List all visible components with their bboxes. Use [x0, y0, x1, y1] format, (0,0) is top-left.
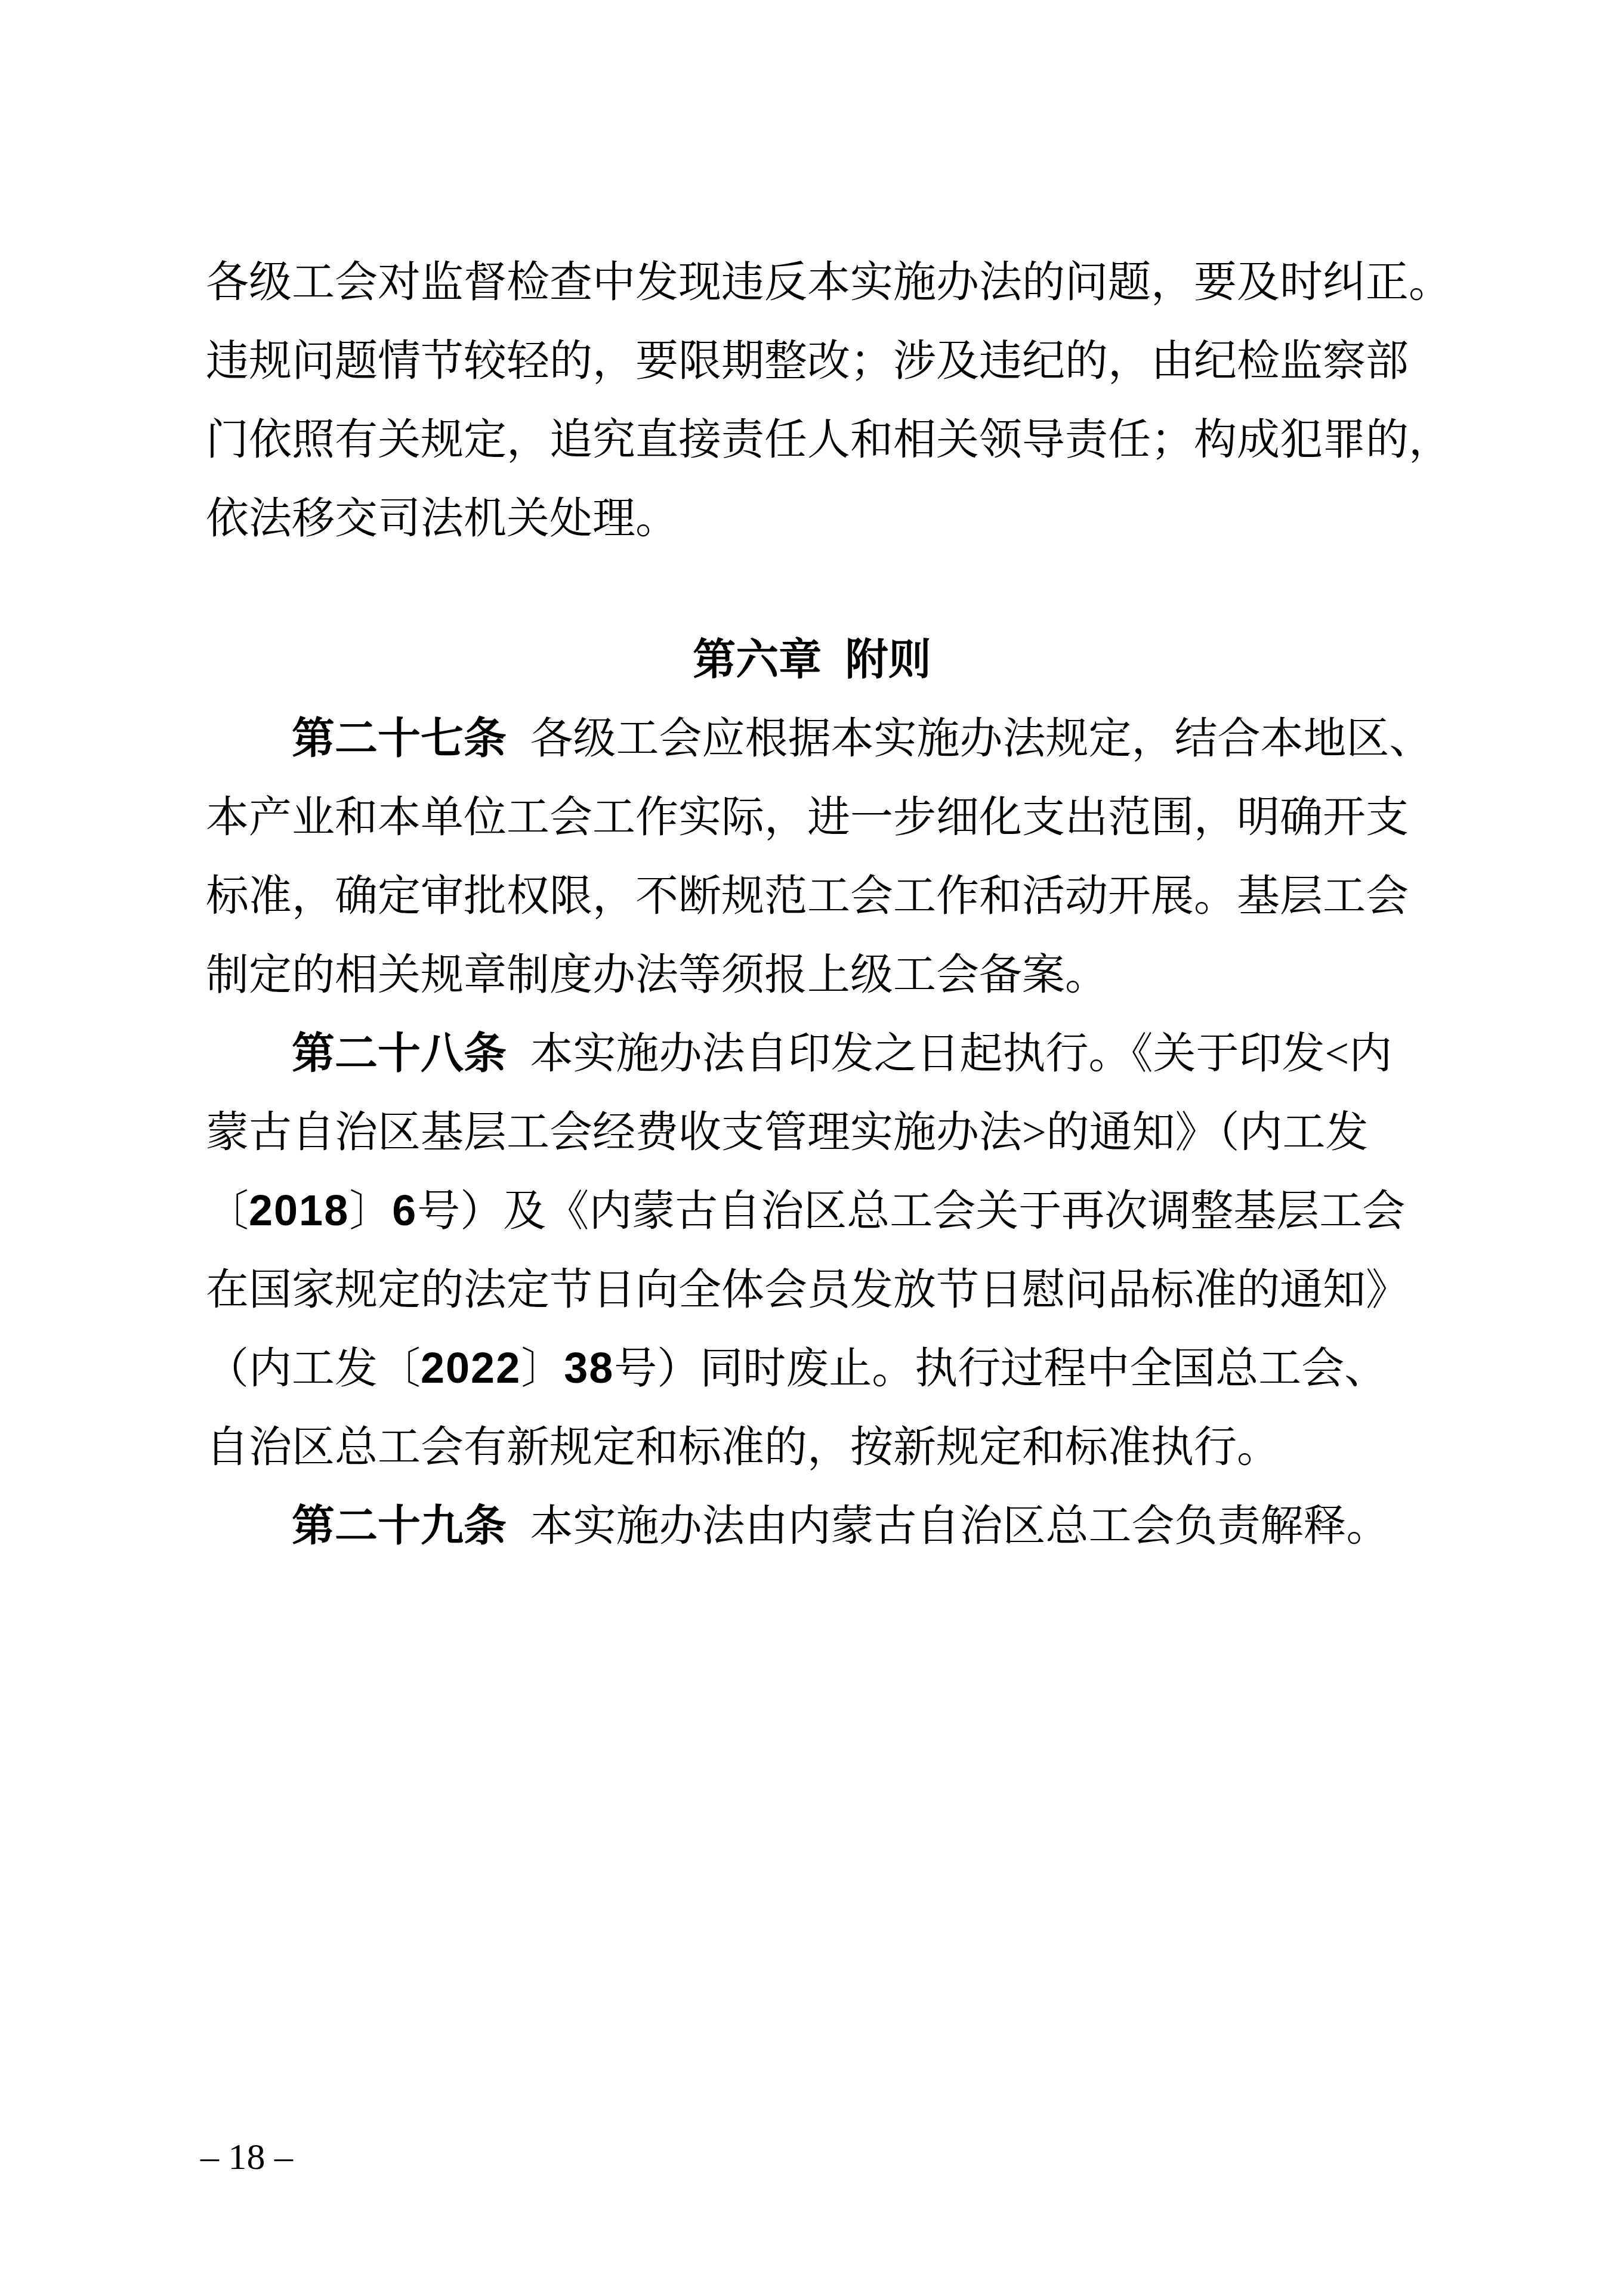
text-run: 附则: [845, 636, 931, 684]
text-run: 本实施办法自印发之日起执行。《关于印发<内: [530, 1030, 1393, 1077]
document-issue-number: 38: [564, 1345, 614, 1392]
text-run: 〔: [206, 1187, 249, 1235]
paragraph-continuation: 各级工会对监督检查中发现违反本实施办法的问题，要及时纠正。违规问题情节较轻的，要…: [206, 243, 1418, 558]
text-line: 各级工会对监督检查中发现违反本实施办法的问题，要及时纠正。: [206, 243, 1418, 322]
text-run: 号）同时废止。执行过程中全国总工会、: [614, 1345, 1387, 1392]
text-line: 第六章附则: [206, 620, 1418, 699]
article-29: 第二十九条本实施办法由内蒙古自治区总工会负责解释。: [206, 1487, 1418, 1565]
article-number: 第二十九条: [292, 1502, 507, 1550]
text-run: 违规问题情节较轻的，要限期整改；涉及违纪的，由纪检监察部: [206, 337, 1409, 385]
article-28: 第二十八条本实施办法自印发之日起执行。《关于印发<内蒙古自治区基层工会经费收支管…: [206, 1014, 1418, 1487]
text-line: （内工发〔2022〕38号）同时废止。执行过程中全国总工会、: [206, 1329, 1418, 1408]
text-block: 各级工会对监督检查中发现违反本实施办法的问题，要及时纠正。违规问题情节较轻的，要…: [206, 243, 1418, 1565]
text-line: 在国家规定的法定节日向全体会员发放节日慰问品标准的通知》: [206, 1250, 1418, 1329]
text-run: 本实施办法由内蒙古自治区总工会负责解释。: [530, 1502, 1390, 1550]
chapter-heading: 第六章附则: [206, 620, 1418, 699]
text-run: 在国家规定的法定节日向全体会员发放节日慰问品标准的通知》: [206, 1266, 1409, 1314]
document-issue-number: 6: [392, 1187, 417, 1235]
text-run: 〕: [521, 1345, 564, 1392]
text-line: 自治区总工会有新规定和标准的，按新规定和标准执行。: [206, 1408, 1418, 1487]
text-run: 号）及《内蒙古自治区总工会关于再次调整基层工会: [417, 1187, 1405, 1235]
document-issue-number: 2022: [421, 1345, 521, 1392]
text-run: 蒙古自治区基层工会经费收支管理实施办法>的通知》（内工发: [206, 1108, 1369, 1156]
article-27: 第二十七条各级工会应根据本实施办法规定，结合本地区、本产业和本单位工会工作实际，…: [206, 699, 1418, 1014]
text-run: 〕: [349, 1187, 392, 1235]
text-run: 依法移交司法机关处理。: [206, 495, 678, 542]
document-page: 各级工会对监督检查中发现违反本实施办法的问题，要及时纠正。违规问题情节较轻的，要…: [0, 0, 1624, 2296]
text-line: 蒙古自治区基层工会经费收支管理实施办法>的通知》（内工发: [206, 1093, 1418, 1172]
text-run: 标准，确定审批权限，不断规范工会工作和活动开展。基层工会: [206, 872, 1409, 920]
document-issue-number: 2018: [249, 1187, 349, 1235]
text-line: 制定的相关规章制度办法等须报上级工会备案。: [206, 935, 1418, 1014]
text-line: 第二十七条各级工会应根据本实施办法规定，结合本地区、: [206, 699, 1418, 778]
text-line: 违规问题情节较轻的，要限期整改；涉及违纪的，由纪检监察部: [206, 322, 1418, 400]
chapter-label: 第六章: [693, 636, 822, 684]
page-number: – 18 –: [200, 2139, 293, 2176]
text-line: 第二十九条本实施办法由内蒙古自治区总工会负责解释。: [206, 1487, 1418, 1565]
article-number: 第二十八条: [292, 1030, 507, 1077]
text-run: 门依照有关规定，追究直接责任人和相关领导责任；构成犯罪的，: [206, 416, 1452, 463]
text-run: 各级工会对监督检查中发现违反本实施办法的问题，要及时纠正。: [206, 258, 1452, 306]
text-line: 〔2018〕6号）及《内蒙古自治区总工会关于再次调整基层工会: [206, 1172, 1418, 1250]
text-run: 自治区总工会有新规定和标准的，按新规定和标准执行。: [206, 1423, 1280, 1471]
text-line: 第二十八条本实施办法自印发之日起执行。《关于印发<内: [206, 1014, 1418, 1093]
text-run: 本产业和本单位工会工作实际，进一步细化支出范围，明确开支: [206, 793, 1409, 841]
text-run: 各级工会应根据本实施办法规定，结合本地区、: [530, 715, 1432, 762]
text-run: 制定的相关规章制度办法等须报上级工会备案。: [206, 951, 1108, 999]
text-line: 标准，确定审批权限，不断规范工会工作和活动开展。基层工会: [206, 857, 1418, 935]
text-line: 本产业和本单位工会工作实际，进一步细化支出范围，明确开支: [206, 778, 1418, 857]
text-line: 门依照有关规定，追究直接责任人和相关领导责任；构成犯罪的，: [206, 400, 1418, 479]
article-number: 第二十七条: [292, 715, 507, 762]
text-run: （内工发〔: [206, 1345, 421, 1392]
text-line: 依法移交司法机关处理。: [206, 479, 1418, 558]
